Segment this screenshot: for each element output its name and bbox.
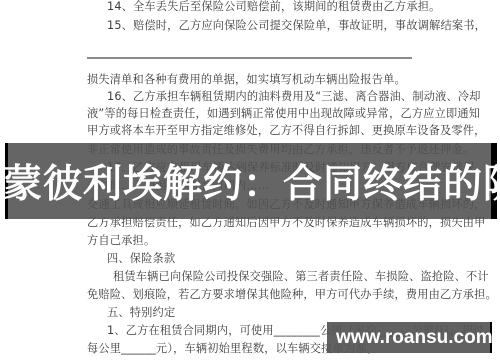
document-line: 16、乙方承担车辆租赁期内的油料费用及“三滤、离合器油、制动液、冷却 xyxy=(107,90,481,104)
document-line: 租赁车辆已向保险公司投保交强险、第三者责任险、车损险、盗抢险、不计 xyxy=(113,270,489,284)
document-line: 五、特别约定 xyxy=(107,306,175,320)
site-watermark: www.roansu.com xyxy=(327,322,492,353)
document-line: 四、保险条款 xyxy=(107,252,175,266)
document-line: 免赔险、划痕险，若乙方要求增保其他险种，甲方可代办手续，费用由乙方承担。 xyxy=(87,288,497,302)
document-line: 甲方或将本车开至甲方指定维修处，乙方不得自行拆卸、更换原车设备及零件， xyxy=(87,124,486,138)
document-line: 14、全车丢失后至保险公司赔偿前，该期间的租赁费由乙方承担。 xyxy=(107,0,441,14)
document-line: 方自己承担。 xyxy=(87,234,155,248)
document-line: 液”等的每日检查责任，如遇到辆正常使用中出现故障或异常，乙方应立即通知 xyxy=(87,107,480,121)
banner-title: 蒙彼利埃解约：合同终结的阴影 xyxy=(3,160,497,210)
document-line: 15、赔偿时，乙方应向保险公司提交保险单，事故证明，事故调解结案书， xyxy=(107,19,486,33)
document-line: 损失清单和各种有费用的单据，如实填写机动车辆出险报告单。 xyxy=(87,73,406,87)
page-break-divider xyxy=(87,57,412,59)
